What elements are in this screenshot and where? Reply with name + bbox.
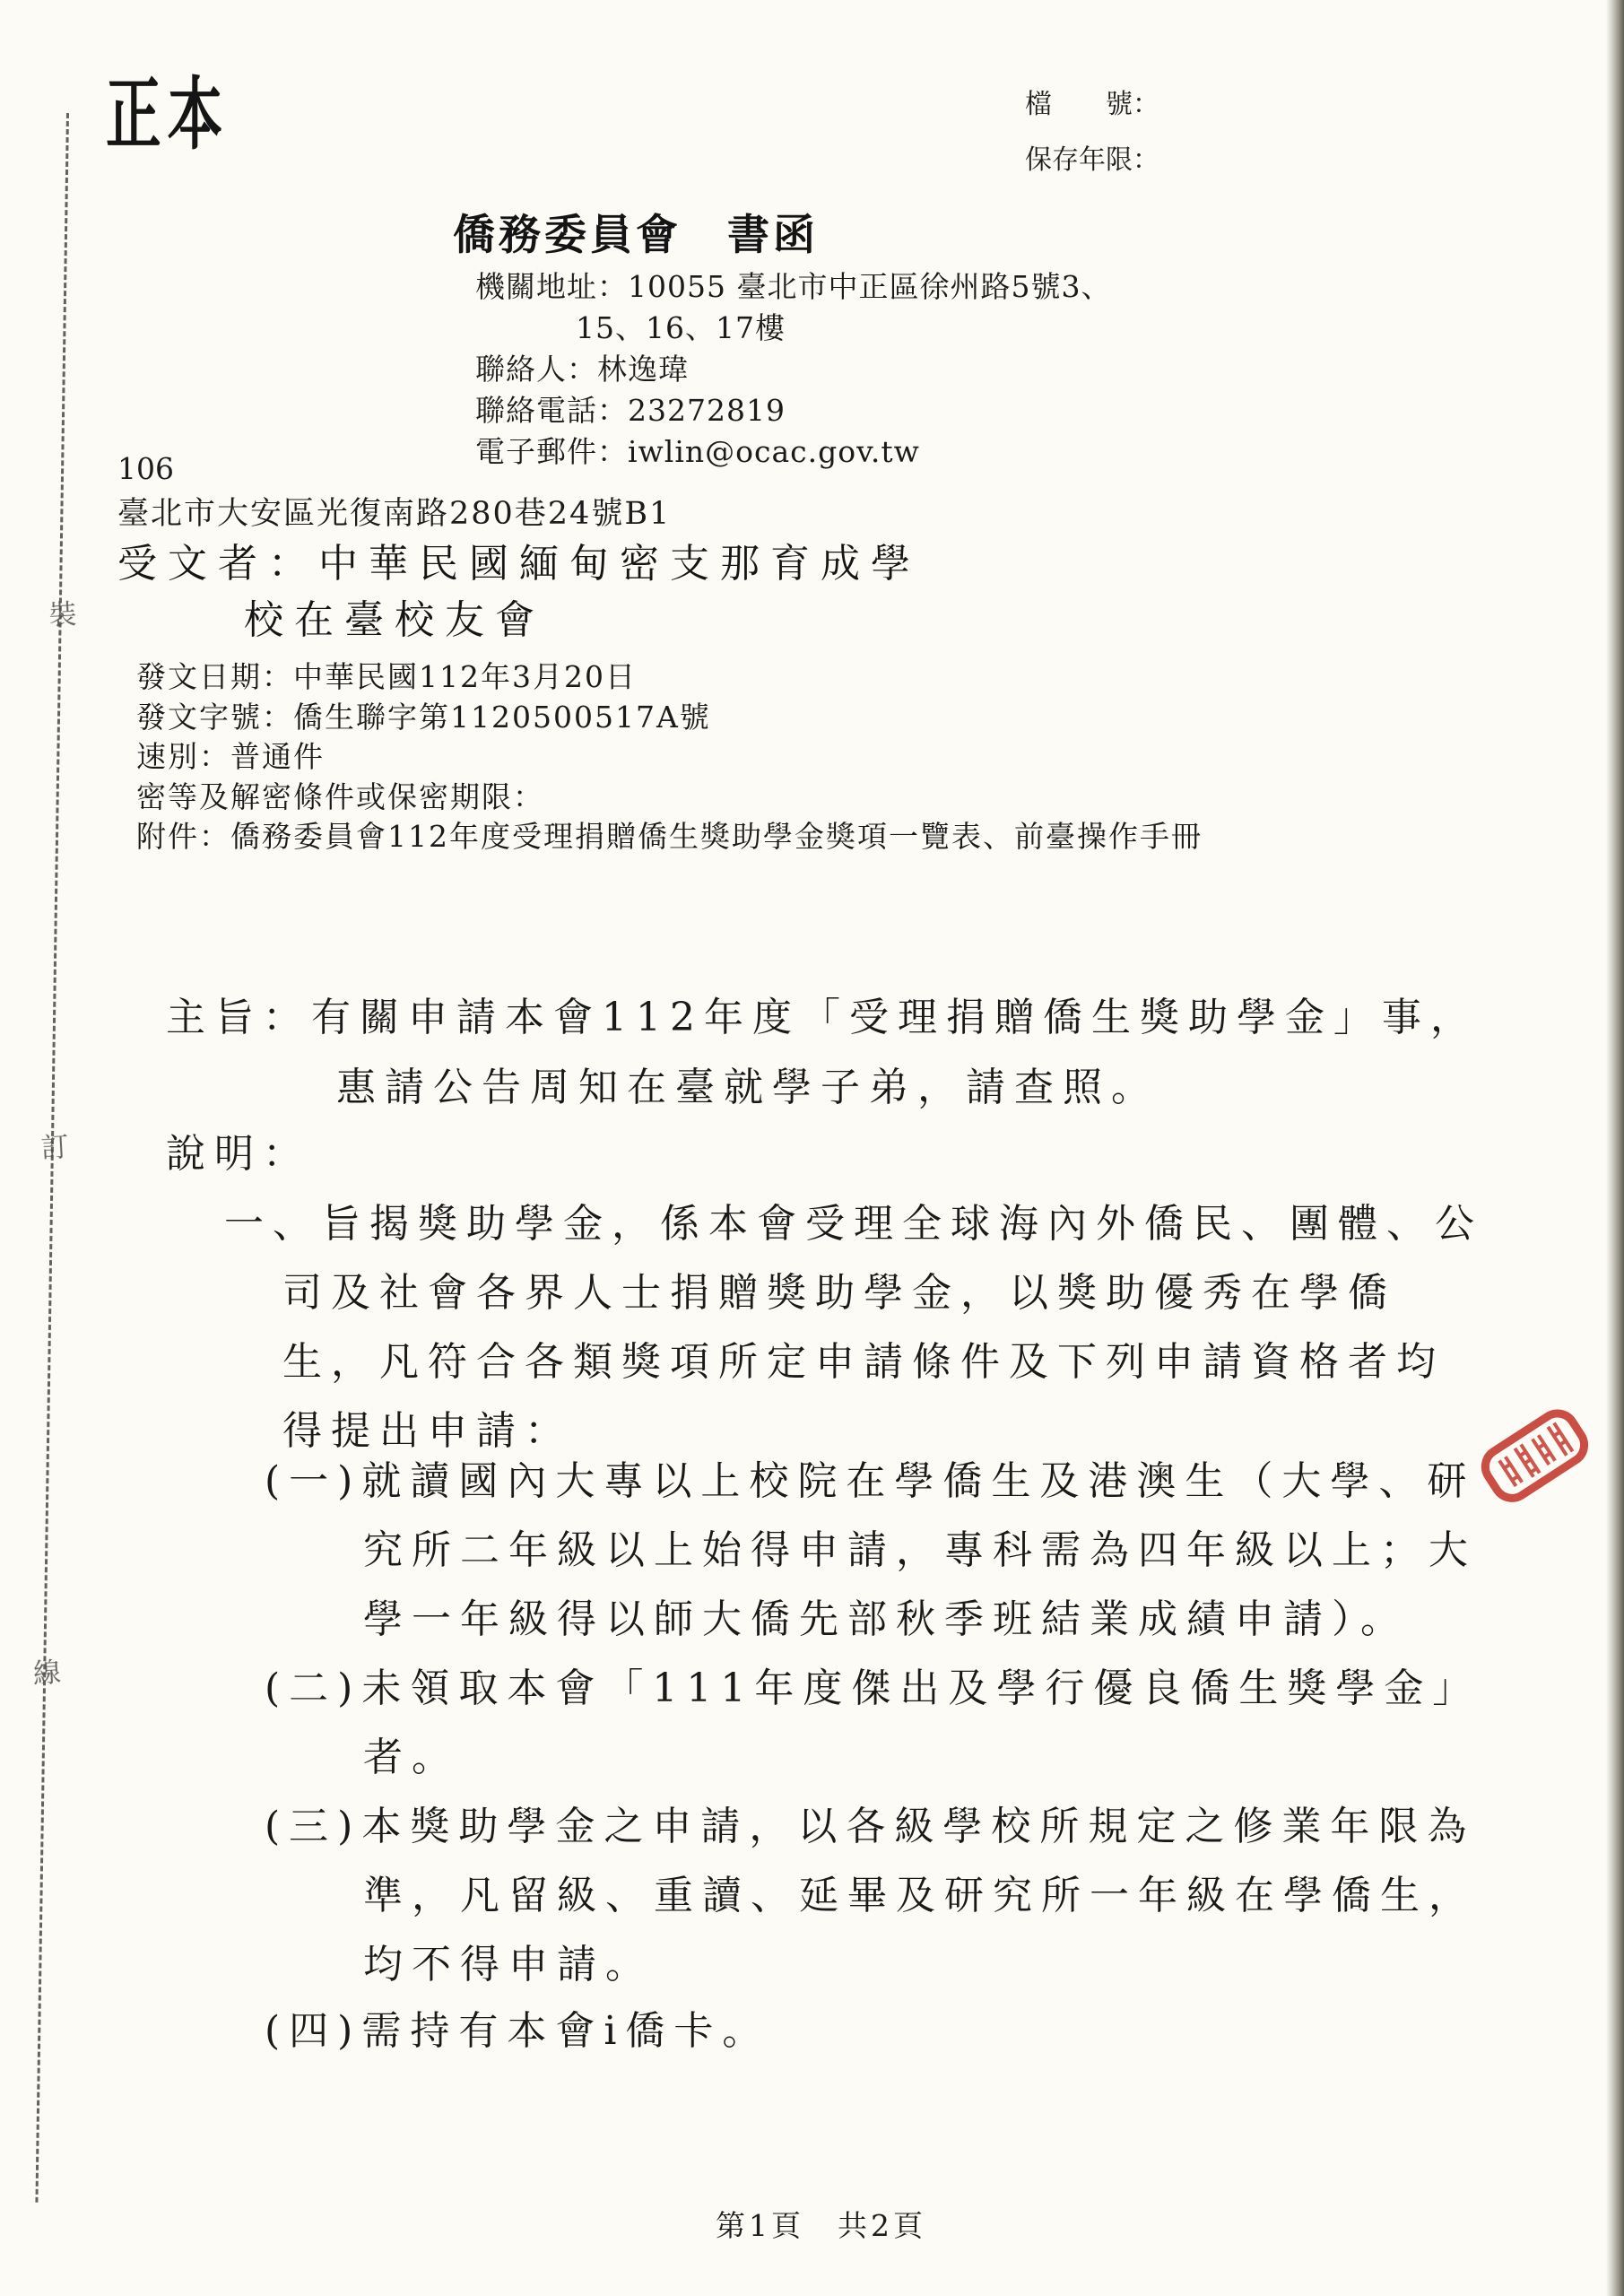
binding-mark-xian: 線: [30, 1649, 64, 1692]
page-number: 第1頁 共2頁: [716, 2203, 926, 2245]
agency-address-line2: 15、16、17樓: [475, 308, 1111, 349]
document-title: 僑務委員會 書函: [453, 202, 819, 262]
retention-label: 保存年限：: [1025, 133, 1159, 188]
binding-mark-zhuang: 裝: [46, 591, 80, 633]
file-number-block: 檔 號： 保存年限：: [1025, 77, 1159, 188]
subject-line-2: 惠請公告周知在臺就學子弟，請查照。: [336, 1055, 1159, 1109]
subitem2-line2: 者。: [363, 1725, 460, 1779]
explanation-label: 說明：: [166, 1121, 311, 1175]
agency-contact-person: 聯絡人：林逸瑋: [475, 349, 1111, 390]
agency-info-block: 機關地址：10055 臺北市中正區徐州路5號3、 15、16、17樓 聯絡人：林…: [475, 266, 1111, 473]
subitem1-line3: 學一年級得以師大僑先部秋季班結業成績申請）。: [363, 1587, 1409, 1640]
dispatch-speed: 速別：普通件: [136, 737, 1203, 778]
item1-line3: 生，凡符合各類獎項所定申請條件及下列申請資格者均: [282, 1329, 1445, 1383]
agency-email: 電子郵件：iwlin@ocac.gov.tw: [475, 431, 1111, 473]
recipient-address: 臺北市大安區光復南路280巷24號B1: [117, 489, 671, 534]
recipient-postal-code: 106: [117, 451, 174, 486]
subitem4-line1: (四)需持有本會i僑卡。: [265, 1998, 770, 2052]
subject-line-1: 主旨：有關申請本會112年度「受理捐贈僑生獎助學金」事，: [166, 985, 1479, 1039]
item1-line2: 司及社會各界人士捐贈獎助學金，以獎助優秀在學僑: [282, 1260, 1396, 1314]
recipient-name-line2: 校在臺校友會: [244, 587, 545, 645]
recipient-name-line1: 受文者：中華民國緬甸密支那育成學: [117, 531, 921, 588]
agency-address-line1: 機關地址：10055 臺北市中正區徐州路5號3、: [475, 266, 1111, 308]
copy-type-label: 正本: [106, 52, 229, 165]
subitem1-line1: (一)就讀國內大專以上校院在學僑生及港澳生（大學、研: [265, 1448, 1475, 1502]
subitem2-line1: (二)未領取本會「111年度傑出及學行優良僑生獎學金」: [265, 1656, 1481, 1709]
agency-phone: 聯絡電話：23272819: [475, 390, 1111, 431]
binding-mark-ding: 訂: [38, 1124, 72, 1166]
dispatch-security: 密等及解密條件或保密期限：: [136, 778, 1203, 818]
document-page: { "page": { "copy_type": "正本", "file_no_…: [0, 0, 1624, 2296]
dispatch-number: 發文字號：僑生聯字第1120500517A號: [136, 698, 1203, 738]
item1-line1: 一、旨揭獎助學金，係本會受理全球海內外僑民、團體、公: [224, 1191, 1483, 1245]
file-number-label: 檔 號：: [1025, 77, 1159, 133]
subitem3-line1: (三)本獎助學金之申請，以各級學校所規定之修業年限為: [265, 1794, 1475, 1848]
seal-stamp-icon: [1480, 1399, 1591, 1514]
item1-line4: 得提出申請：: [282, 1398, 573, 1452]
dispatch-meta-block: 發文日期：中華民國112年3月20日 發文字號：僑生聯字第1120500517A…: [136, 657, 1203, 857]
red-seal-stamp: [1480, 1399, 1591, 1514]
dispatch-attachment: 附件：僑務委員會112年度受理捐贈僑生獎助學金獎項一覽表、前臺操作手冊: [136, 817, 1203, 857]
subitem3-line3: 均不得申請。: [363, 1932, 654, 1986]
dispatch-date: 發文日期：中華民國112年3月20日: [136, 657, 1203, 698]
subitem1-line2: 究所二年級以上始得申請，專科需為四年級以上；大: [363, 1518, 1477, 1571]
subitem3-line2: 準，凡留級、重讀、延畢及研究所一年級在學僑生，: [363, 1863, 1477, 1917]
scan-edge-artifact: [1606, 0, 1624, 2296]
binding-line: 裝 訂 線: [35, 113, 69, 2203]
